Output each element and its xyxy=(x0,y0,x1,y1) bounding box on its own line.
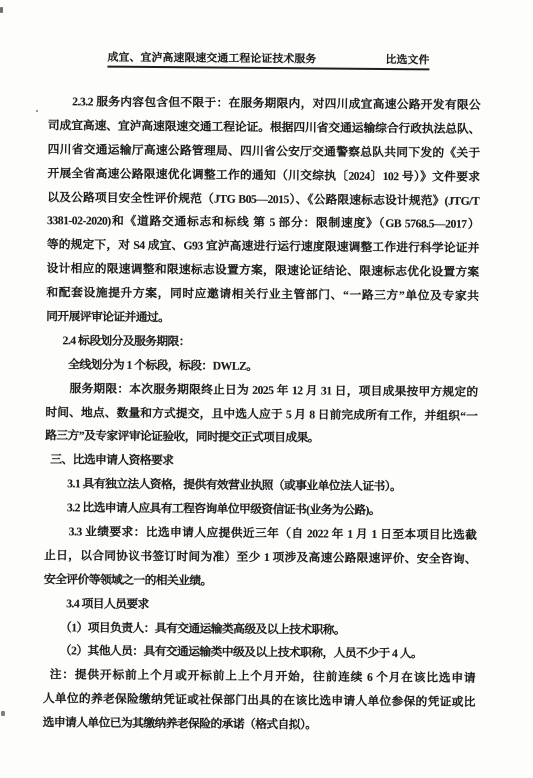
header-doc-type: 比选文件 xyxy=(385,52,429,67)
page-header: 成宜、宜泸高速限速交通工程论证技术服务 比选文件 xyxy=(107,50,429,71)
text-line: 开展全省高速公路限速优化调整工作的通知（川交综执〔2024〕102 号）》文件要… xyxy=(47,162,479,190)
header-doc-title: 成宜、宜泸高速限速交通工程论证技术服务 xyxy=(107,50,316,67)
text-line: 2.4 标段划分及服务期限： xyxy=(46,329,478,357)
scan-speck xyxy=(1,711,5,716)
text-line: 服务期限：本次服务期限终止日为 2025 年 12 月 31 日，项目成果按甲方… xyxy=(45,377,477,405)
document-body: 2.3.2 服务内容包含但不限于：在服务期限内，对四川成宜高速公路开发有限公司成… xyxy=(43,90,481,739)
text-line: 同开展评审论证并通过。 xyxy=(46,305,478,333)
text-line: 全线划分为 1 个标段，标段：DWLZ。 xyxy=(46,353,478,381)
text-line: 2.3.2 服务内容包含但不限于：在服务期限内，对四川成宜高速公路开发有限公 xyxy=(48,90,480,118)
scan-content: 成宜、宜泸高速限速交通工程论证技术服务 比选文件 2.3.2 服务内容包含但不限… xyxy=(0,0,533,778)
text-line: 3.3 业绩要求：比选申请人应提供近三年（自 2022 年 1 月 1 日至本项… xyxy=(44,520,476,548)
text-line: 司成宜高速、宜泸高速限速交通工程论证。根据四川省交通运输综合行政执法总队、 xyxy=(48,114,480,142)
text-line: 四川省交通运输厅高速公路管理局、四川省公安厅交通警察总队共同下发的《关于 xyxy=(48,138,480,166)
scan-speck xyxy=(36,110,38,112)
text-line: 安全评价等领域之一的相关业绩。 xyxy=(44,568,476,596)
text-line: 3.4 项目人员要求 xyxy=(44,592,476,620)
scan-speck xyxy=(0,7,3,13)
scanned-document-page: 成宜、宜泸高速限速交通工程论证技术服务 比选文件 2.3.2 服务内容包含但不限… xyxy=(0,0,533,778)
scan-speck xyxy=(281,107,283,109)
text-line: 选申请人单位已为其缴纳养老保险的承诺（格式自拟）。 xyxy=(43,711,475,739)
text-line: 止日，以合同协议书签订时间为准）至少 1 项涉及高速公路限速评价、安全咨询、 xyxy=(44,544,476,572)
